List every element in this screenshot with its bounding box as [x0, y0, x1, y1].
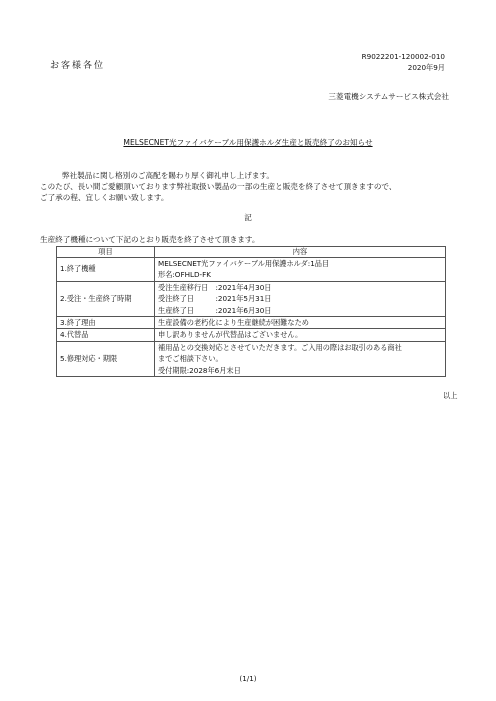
table-intro: 生産終了機種について下記のとおり販売を終了させて頂きます。 [40, 234, 259, 245]
document-number: R9022201-120002-010 [362, 52, 445, 61]
company-name: 三菱電機システムサービス株式会社 [328, 91, 449, 102]
ki-heading: 記 [0, 212, 496, 223]
content-line: MELSECNET光ファイバケーブル用保護ホルダ:1品目 [158, 258, 442, 269]
header-item: 項目 [57, 247, 155, 258]
row-content: 申し訳ありませんが代替品はございません。 [155, 329, 446, 341]
greeting: 弊社製品に関し格別のご高配を賜わり厚く御礼申し上げます。 [62, 170, 274, 181]
document-title: MELSECNET光ファイバケーブル用保護ホルダ生産と販売終了のお知らせ [0, 137, 496, 148]
row-content: MELSECNET光ファイバケーブル用保護ホルダ:1品目 形名:OFHLD-FK [155, 258, 446, 282]
content-line: までご相談下さい。 [158, 353, 442, 364]
closing-mark: 以上 [443, 391, 457, 401]
content-line: 補用品との交換対応とさせていただきます。ご入用の際はお取引のある商社 [158, 342, 442, 353]
page-number: (1/1) [0, 674, 496, 683]
body-line-2: ご了承の程、宜しくお願い致します。 [40, 192, 168, 203]
row-item: 3.終了理由 [57, 317, 155, 329]
content-line: 形名:OFHLD-FK [158, 269, 442, 280]
row-content: 生産設備の老朽化により生産継続が困難なため [155, 317, 446, 329]
table-header-row: 項目 内容 [57, 247, 446, 258]
content-line: 生産設備の老朽化により生産継続が困難なため [158, 317, 442, 328]
body-line-1: このたび、長い間ご愛顧頂いております弊社取扱い製品の一部の生産と販売を終了させて… [40, 181, 396, 192]
content-line: 受注生産移行日 :2021年4月30日 [158, 282, 442, 293]
content-line: 申し訳ありませんが代替品はございません。 [158, 329, 442, 340]
content-line: 受注終了日 :2021年5月31日 [158, 293, 442, 304]
table-row: 2.受注・生産終了時期 受注生産移行日 :2021年4月30日 受注終了日 :2… [57, 281, 446, 316]
header-content: 内容 [155, 247, 446, 258]
content-line: 受付期限:2028年6月末日 [158, 365, 442, 376]
details-table: 項目 内容 1.終了機種 MELSECNET光ファイバケーブル用保護ホルダ:1品… [56, 246, 446, 377]
table-row: 1.終了機種 MELSECNET光ファイバケーブル用保護ホルダ:1品目 形名:O… [57, 258, 446, 282]
content-line: 生産終了日 :2021年6月30日 [158, 305, 442, 316]
table-row: 3.終了理由 生産設備の老朽化により生産継続が困難なため [57, 317, 446, 329]
table-row: 5.修理対応・期限 補用品との交換対応とさせていただきます。ご入用の際はお取引の… [57, 341, 446, 376]
row-item: 1.終了機種 [57, 258, 155, 282]
row-content: 補用品との交換対応とさせていただきます。ご入用の際はお取引のある商社 までご相談… [155, 341, 446, 376]
row-item: 2.受注・生産終了時期 [57, 281, 155, 316]
table-row: 4.代替品 申し訳ありませんが代替品はございません。 [57, 329, 446, 341]
document-date: 2020年9月 [408, 63, 445, 73]
title-text: MELSECNET光ファイバケーブル用保護ホルダ生産と販売終了のお知らせ [123, 138, 372, 147]
row-item: 5.修理対応・期限 [57, 341, 155, 376]
row-content: 受注生産移行日 :2021年4月30日 受注終了日 :2021年5月31日 生産… [155, 281, 446, 316]
recipient: お客様各位 [50, 58, 105, 71]
row-item: 4.代替品 [57, 329, 155, 341]
